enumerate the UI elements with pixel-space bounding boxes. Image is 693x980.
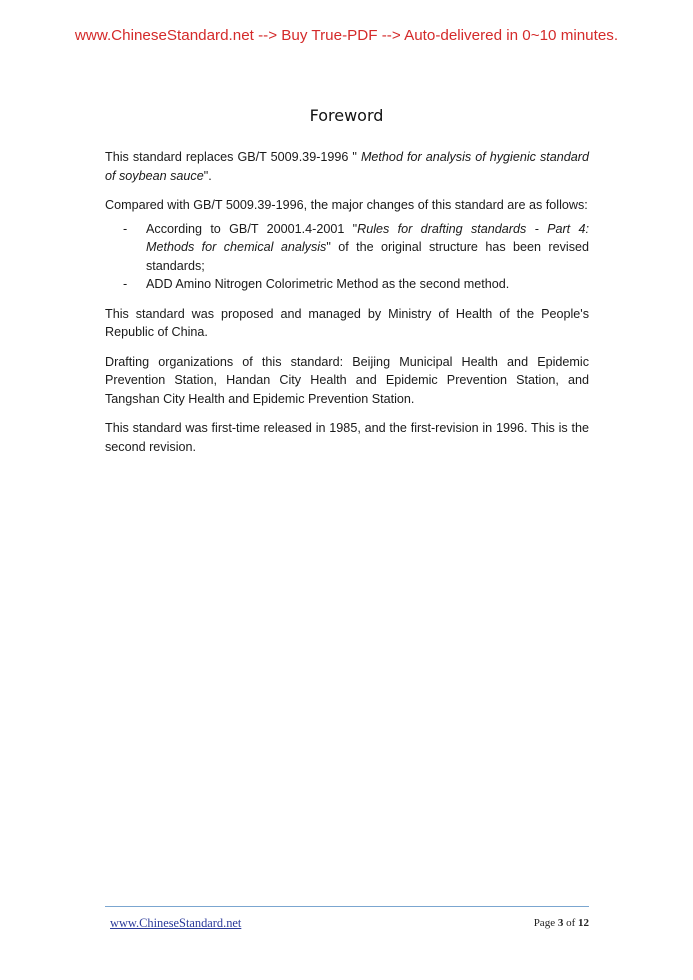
- replaces-text: This standard replaces GB/T 5009.39-1996…: [105, 150, 361, 164]
- release-history-paragraph: This standard was first-time released in…: [105, 419, 589, 456]
- promo-banner[interactable]: www.ChineseStandard.net --> Buy True-PDF…: [0, 27, 693, 44]
- replaces-suffix: ".: [204, 169, 212, 183]
- document-body: This standard replaces GB/T 5009.39-1996…: [105, 148, 589, 467]
- list-item: -According to GB/T 20001.4-2001 "Rules f…: [105, 220, 589, 276]
- footer-website-link[interactable]: www.ChineseStandard.net: [110, 916, 241, 931]
- replaces-paragraph: This standard replaces GB/T 5009.39-1996…: [105, 148, 589, 185]
- dash-bullet: -: [123, 220, 127, 239]
- changes-intro: Compared with GB/T 5009.39-1996, the maj…: [105, 196, 589, 215]
- footer-divider: [105, 906, 589, 907]
- page-number: Page 3 of 12: [534, 917, 589, 929]
- total-pages: 12: [578, 917, 589, 929]
- list-item: -ADD Amino Nitrogen Colorimetric Method …: [105, 275, 589, 294]
- drafting-organizations-paragraph: Drafting organizations of this standard:…: [105, 353, 589, 409]
- page-label: Page: [534, 917, 558, 929]
- proposed-by-paragraph: This standard was proposed and managed b…: [105, 305, 589, 342]
- dash-bullet: -: [123, 275, 127, 294]
- page-of-label: of: [563, 917, 578, 929]
- change-text: ADD Amino Nitrogen Colorimetric Method a…: [146, 277, 509, 291]
- page-title: Foreword: [0, 106, 693, 125]
- change-text: According to GB/T 20001.4-2001 ": [146, 222, 357, 236]
- changes-list: -According to GB/T 20001.4-2001 "Rules f…: [105, 220, 589, 294]
